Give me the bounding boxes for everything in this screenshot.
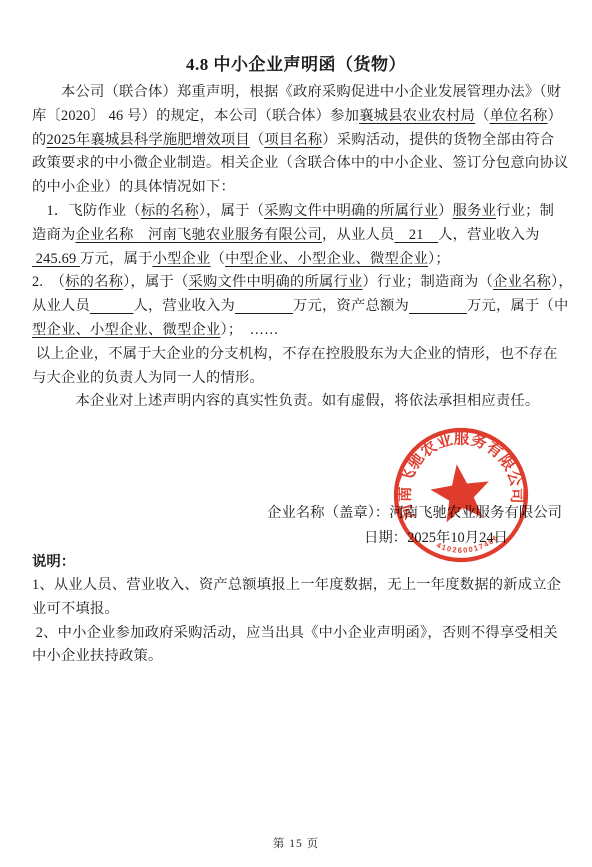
- text-line: 的2025年襄城县科学施肥增效项目（项目名称）采购活动，提供的货物全部由符合: [32, 129, 564, 153]
- paragraph-item-1: 1．飞防作业（标的名称），属于（采购文件中明确的所属行业）服务业行业；制造商为企…: [32, 200, 564, 271]
- text-line: 从业人员 人，营业收入为 万元，资产总额为 万元，属于（中: [32, 295, 564, 319]
- underlined-field-text: 企业名称: [493, 274, 551, 290]
- underlined-field-text: 单位名称: [490, 108, 548, 124]
- text-line: 库〔2020〕 46 号）的规定，本公司（联合体）参加襄城县农业农村局（单位名称…: [32, 105, 564, 129]
- text-segment: ）行业；制造商为（: [362, 274, 492, 290]
- date-label: 日期：: [364, 530, 407, 546]
- text-segment: 本公司（联合体）郑重声明，根据《政府采购促进中小企业发展管理办法》（财: [32, 84, 561, 100]
- text-line: 本公司（联合体）郑重声明，根据《政府采购促进中小企业发展管理办法》（财: [32, 81, 564, 105]
- underlined-field-text: 标的名称: [141, 203, 199, 219]
- text-segment: （: [475, 108, 490, 124]
- underlined-field-text: 2025年襄城县科学施肥增效项目: [47, 132, 250, 148]
- text-segment: 库〔2020〕 46 号）的规定，本公司（联合体）参加: [32, 108, 359, 124]
- underlined-field-text: [90, 298, 134, 314]
- text-segment: ，从业人员: [322, 227, 394, 243]
- text-segment: 政策要求的中小微企业制造。相关企业（含联合体中的中小企业、签订分包意向协议: [32, 155, 568, 171]
- text-segment: （: [250, 132, 265, 148]
- text-line: 本企业对上述声明内容的真实性负责。如有虚假，将依法承担相应责任。: [32, 390, 564, 414]
- text-segment: ）采购活动，提供的货物全部由符合: [322, 132, 554, 148]
- company-seal-label: 企业名称（盖章）：: [267, 505, 389, 521]
- text-line: 1．飞防作业（标的名称），属于（采购文件中明确的所属行业）服务业行业；制: [32, 200, 564, 224]
- company-name-value: 河南飞驰农业服务有限公司: [389, 505, 562, 521]
- document-page: 4.8 中小企业声明函（货物） 本公司（联合体）郑重声明，根据《政府采购促进中小…: [0, 0, 592, 867]
- text-segment: 从业人员: [32, 298, 90, 314]
- text-line: 业可不填报。: [32, 598, 564, 622]
- paragraph-closing: 以上企业，不属于大企业的分支机构，不存在控股股东为大企业的情形，也不存在与大企业…: [32, 343, 564, 391]
- signature-date-line: 日期：2025年10月24日: [364, 526, 508, 547]
- text-line: 造商为企业名称 河南飞驰农业服务有限公司，从业人员 21 人，营业收入为: [32, 224, 564, 248]
- text-segment: ）: [548, 108, 563, 124]
- text-line: 中小企业扶持政策。: [32, 645, 564, 669]
- text-segment: 万元，属于: [80, 251, 152, 267]
- text-line: 245.69 万元，属于小型企业（中型企业、小型企业、微型企业）；: [32, 248, 564, 272]
- text-line: 以上企业，不属于大企业的分支机构，不存在控股股东为大企业的情形，也不存在: [32, 343, 564, 367]
- paragraph-intro: 本公司（联合体）郑重声明，根据《政府采购促进中小企业发展管理办法》（财库〔202…: [32, 81, 564, 200]
- notes-heading: 说明：: [32, 550, 564, 574]
- declaration-body: 本公司（联合体）郑重声明，根据《政府采购促进中小企业发展管理办法》（财库〔202…: [32, 81, 564, 414]
- text-segment: ）；: [428, 251, 450, 267]
- text-line: 型企业、小型企业、微型企业）； ……: [32, 319, 564, 343]
- text-segment: 万元，资产总额为: [293, 298, 409, 314]
- underlined-field-text: 企业名称 河南飞驰农业服务有限公司: [76, 227, 322, 243]
- text-segment: ），属于（: [199, 203, 264, 219]
- notes-body: 1、从业人员、营业收入、资产总额填报上一年度数据，无上一年度数据的新成立企业可不…: [32, 574, 564, 669]
- text-line: 政策要求的中小微企业制造。相关企业（含联合体中的中小企业、签订分包意向协议: [32, 152, 564, 176]
- text-segment: 2. （: [32, 274, 65, 290]
- date-value: 2025年10月24日: [407, 530, 508, 546]
- text-segment: ），: [551, 274, 573, 290]
- text-segment: 人，营业收入为: [134, 298, 235, 314]
- text-segment: 的: [32, 132, 47, 148]
- underlined-field-text: [409, 298, 467, 314]
- text-segment: 万元，属于（中: [467, 298, 568, 314]
- document-title: 4.8 中小企业声明函（货物）: [0, 50, 592, 75]
- underlined-field-text: 21: [394, 227, 438, 243]
- text-segment: 行业；制: [496, 203, 554, 219]
- underlined-field-text: 245.69: [32, 251, 80, 267]
- underlined-field-text: 小型企业: [153, 251, 211, 267]
- text-segment: 业可不填报。: [32, 601, 119, 617]
- text-segment: 1．飞防作业（: [32, 203, 141, 219]
- text-segment: 1、从业人员、营业收入、资产总额填报上一年度数据，无上一年度数据的新成立企: [32, 577, 561, 593]
- underlined-field-text: 采购文件中明确的所属行业: [264, 203, 438, 219]
- text-line: 1、从业人员、营业收入、资产总额填报上一年度数据，无上一年度数据的新成立企: [32, 574, 564, 598]
- text-segment: （: [211, 251, 226, 267]
- text-segment: 与大企业的负责人为同一人的情形。: [32, 370, 264, 386]
- text-line: 2、中小企业参加政府采购活动，应当出具《中小企业声明函》，否则不得享受相关: [32, 622, 564, 646]
- underlined-field-text: 襄城县农业农村局: [359, 108, 475, 124]
- underlined-field-text: 标的名称: [65, 274, 123, 290]
- signature-company-line: 企业名称（盖章）：河南飞驰农业服务有限公司: [267, 501, 562, 522]
- text-segment: 中小企业扶持政策。: [32, 648, 162, 664]
- text-segment: ）: [438, 203, 453, 219]
- company-seal-stamp: 河南飞驰农业服务有限公司 410260017486: [386, 420, 536, 570]
- notes-section: 说明： 1、从业人员、营业收入、资产总额填报上一年度数据，无上一年度数据的新成立…: [32, 550, 564, 669]
- text-segment: 造商为: [32, 227, 76, 243]
- underlined-field-text: 服务业: [453, 203, 497, 219]
- text-segment: ）； ……: [220, 322, 278, 338]
- underlined-field-text: [235, 298, 293, 314]
- text-segment: ），属于（: [123, 274, 188, 290]
- text-segment: 人，营业收入为: [438, 227, 539, 243]
- text-segment: 以上企业，不属于大企业的分支机构，不存在控股股东为大企业的情形，也不存在: [32, 346, 558, 362]
- text-segment: 的中小企业）的具体情况如下：: [32, 179, 235, 195]
- underlined-field-text: 项目名称: [264, 132, 322, 148]
- paragraph-item-2: 2. （标的名称），属于（采购文件中明确的所属行业）行业；制造商为（企业名称），…: [32, 271, 564, 342]
- text-line: 2. （标的名称），属于（采购文件中明确的所属行业）行业；制造商为（企业名称），: [32, 271, 564, 295]
- text-segment: 2、中小企业参加政府采购活动，应当出具《中小企业声明函》，否则不得享受相关: [32, 625, 558, 641]
- text-line: 与大企业的负责人为同一人的情形。: [32, 367, 564, 391]
- page-number: 第 15 页: [0, 835, 592, 851]
- text-segment: 本企业对上述声明内容的真实性负责。如有虚假，将依法承担相应责任。: [32, 393, 539, 409]
- paragraph-commitment: 本企业对上述声明内容的真实性负责。如有虚假，将依法承担相应责任。: [32, 390, 564, 414]
- text-line: 的中小企业）的具体情况如下：: [32, 176, 564, 200]
- underlined-field-text: 采购文件中明确的所属行业: [189, 274, 363, 290]
- underlined-field-text: 中型企业、小型企业、微型企业: [225, 251, 428, 267]
- underlined-field-text: 型企业、小型企业、微型企业: [32, 322, 220, 338]
